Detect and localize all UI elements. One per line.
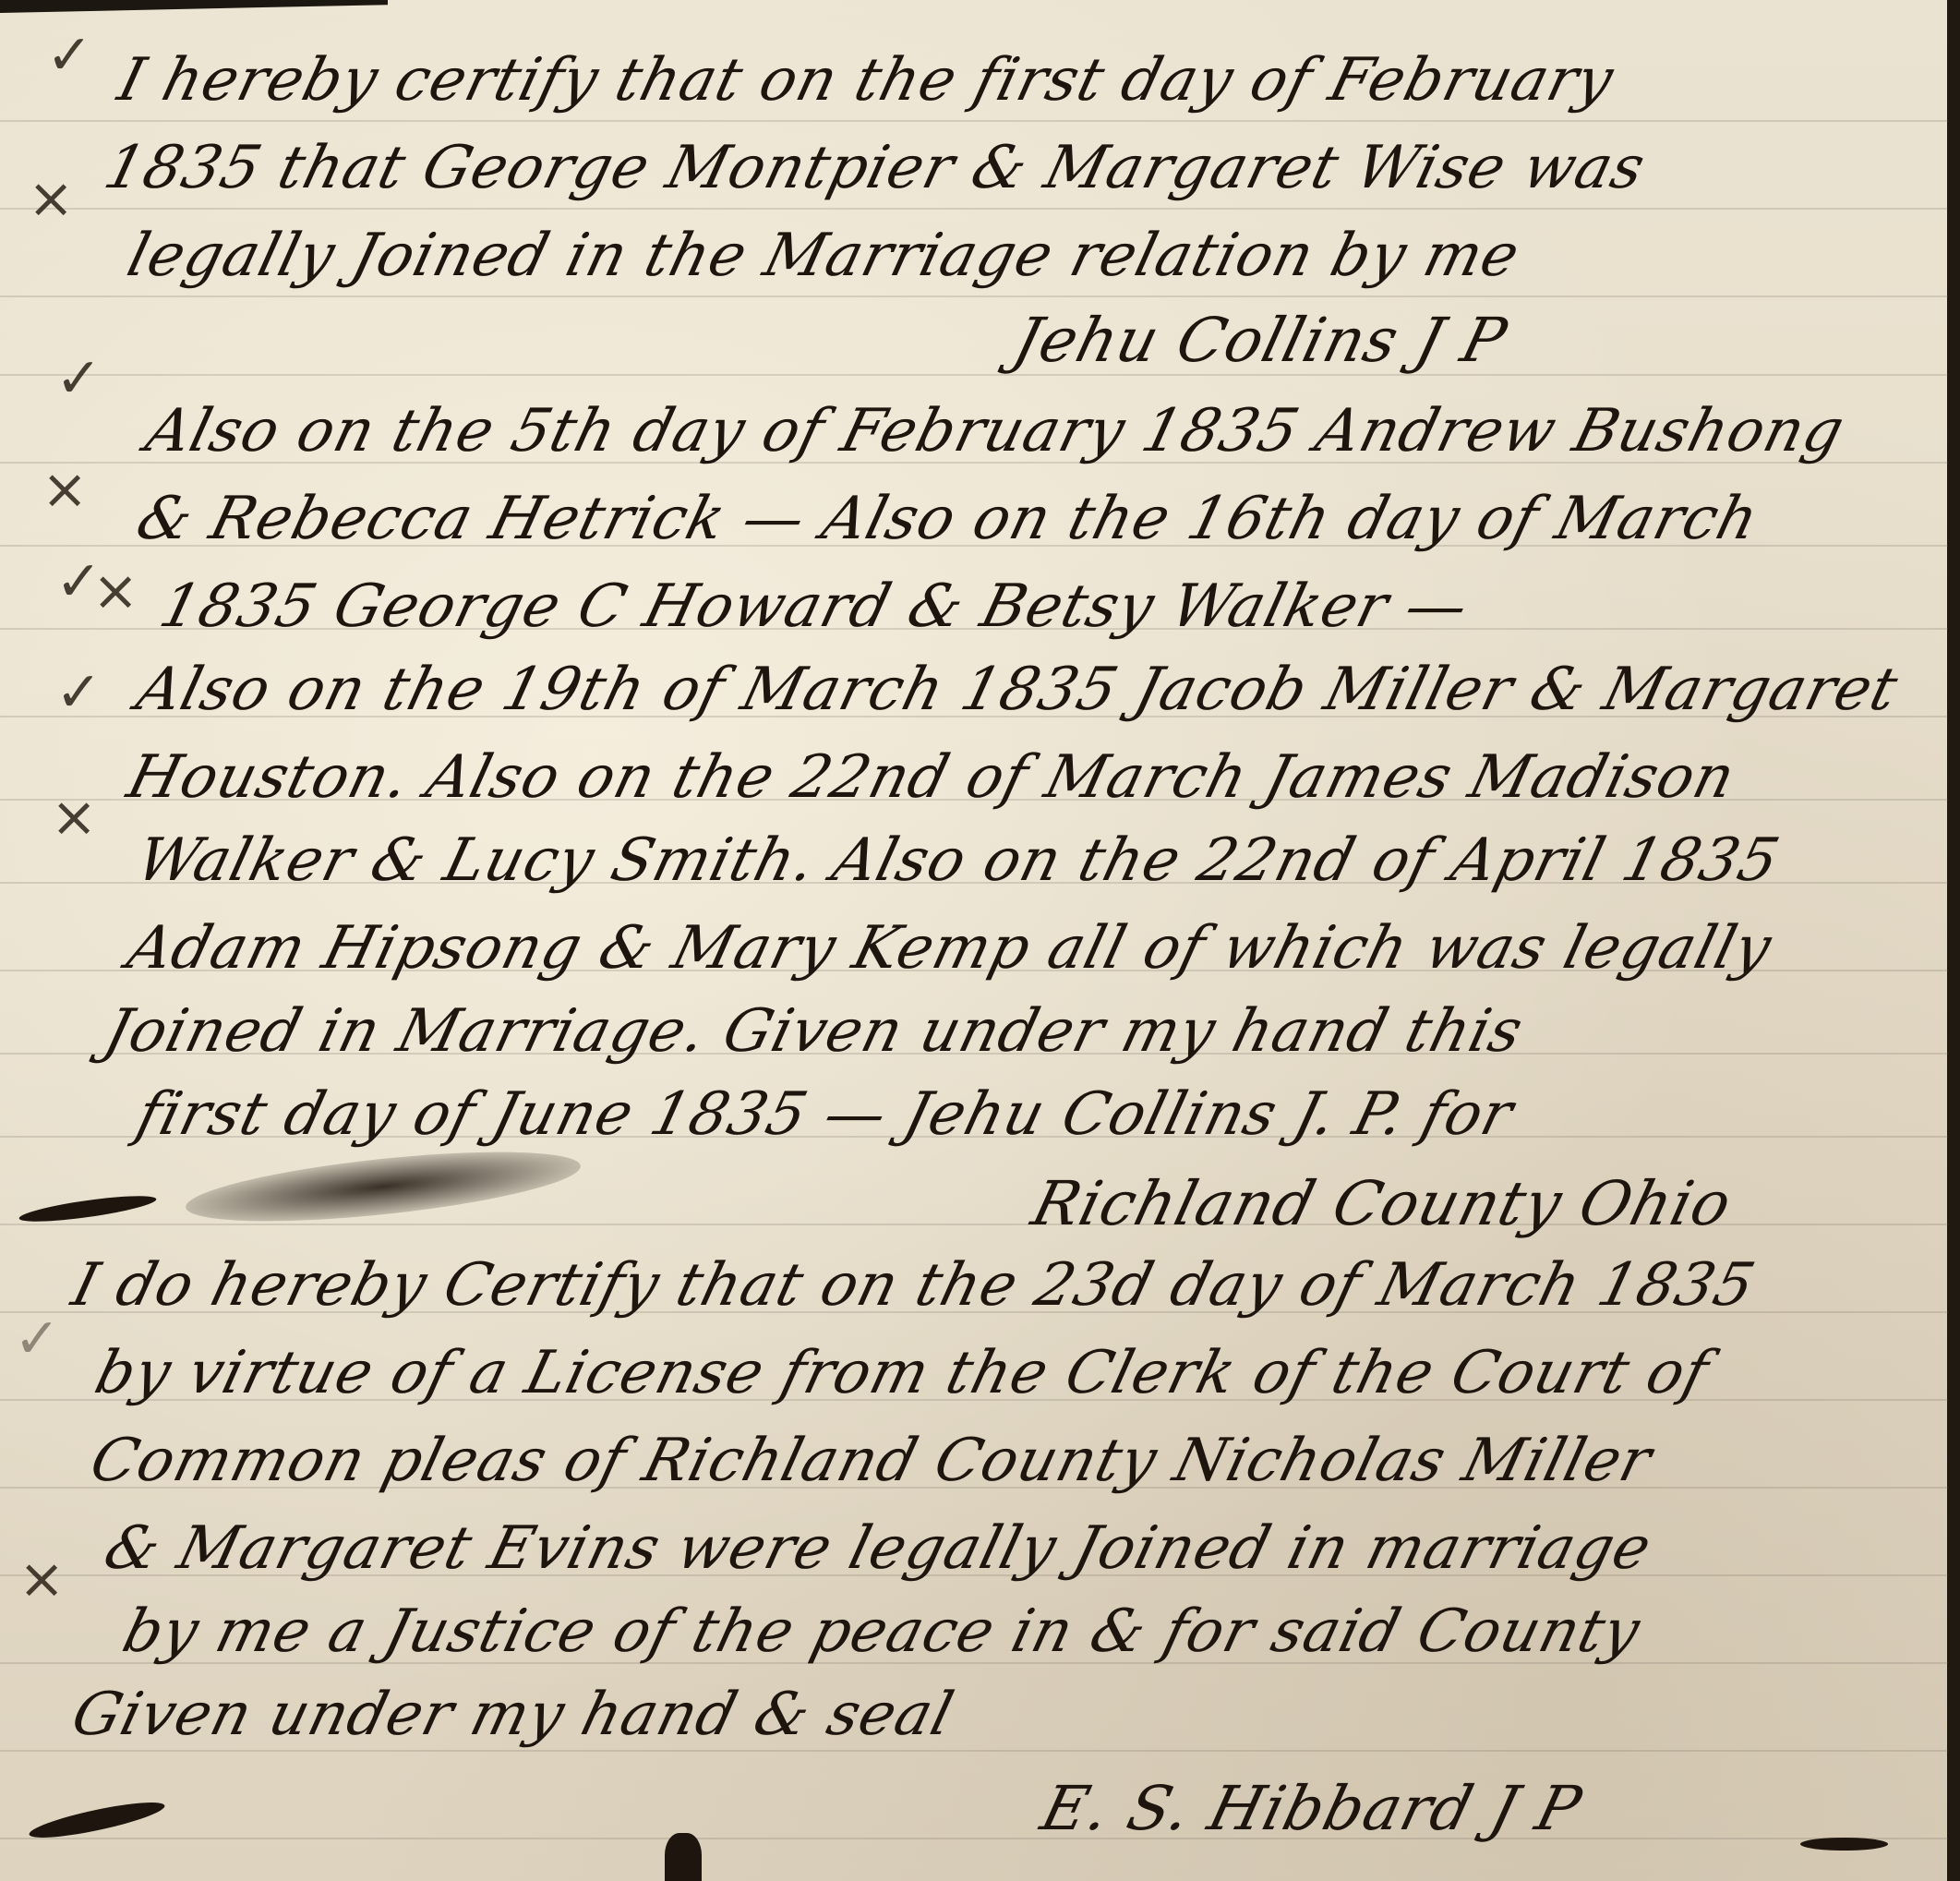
check-mark-icon: ✓ bbox=[55, 351, 102, 406]
entry-2-line-7: Adam Hipsong & Mary Kemp all of which wa… bbox=[121, 914, 1779, 983]
check-mark-icon: ✓ bbox=[14, 1311, 60, 1367]
page-right-edge bbox=[1947, 0, 1960, 1881]
entry-1-line-3: legally Joined in the Marriage relation … bbox=[121, 222, 1527, 290]
entry-2-line-3: 1835 George C Howard & Betsy Walker — bbox=[153, 573, 1475, 641]
entry-3-line-3: Common pleas of Richland County Nicholas… bbox=[84, 1427, 1659, 1495]
entry-2-line-4: Also on the 19th of March 1835 Jacob Mil… bbox=[130, 656, 1905, 724]
entry-3-line-4: & Margaret Evins were legally Joined in … bbox=[98, 1514, 1658, 1583]
ruled-line bbox=[0, 374, 1948, 376]
check-mark-icon: ✓ bbox=[55, 665, 102, 720]
ruled-line bbox=[0, 1838, 1948, 1839]
ink-blot bbox=[18, 1191, 157, 1227]
entry-3-line-5: by me a Justice of the peace in & for sa… bbox=[116, 1598, 1647, 1666]
cross-mark-icon: × bbox=[42, 462, 88, 517]
cross-mark-icon: × bbox=[18, 1551, 65, 1607]
ruled-line bbox=[0, 120, 1948, 122]
cross-mark-icon: × bbox=[28, 171, 74, 226]
ink-blot bbox=[665, 1833, 702, 1881]
entry-2-line-5: Houston. Also on the 22nd of March James… bbox=[121, 743, 1742, 812]
cross-mark-icon: × bbox=[92, 563, 138, 619]
entry-2-line-1: Also on the 5th day of February 1835 And… bbox=[139, 397, 1851, 465]
page-top-edge bbox=[0, 0, 388, 13]
entry-2-county: Richland County Ohio bbox=[1025, 1168, 1738, 1239]
entry-1-signature: Jehu Collins J P bbox=[1006, 305, 1513, 376]
ink-blot bbox=[1800, 1838, 1888, 1851]
entry-3-line-1: I do hereby Certify that on the 23d day … bbox=[66, 1251, 1762, 1320]
document-page: I hereby certify that on the first day o… bbox=[0, 0, 1960, 1881]
entry-2-line-9: first day of June 1835 — Jehu Collins J.… bbox=[130, 1080, 1521, 1149]
entry-3-signature: E. S. Hibbard J P bbox=[1034, 1773, 1588, 1844]
entry-3-line-2: by virtue of a License from the Clerk of… bbox=[89, 1339, 1716, 1407]
entry-3-line-6: Given under my hand & seal bbox=[66, 1681, 961, 1749]
cross-mark-icon: × bbox=[51, 790, 97, 845]
check-mark-icon: ✓ bbox=[46, 28, 92, 83]
ruled-line bbox=[0, 295, 1948, 297]
struck-out-smudge bbox=[183, 1139, 583, 1236]
entry-2-line-2: & Rebecca Hetrick — Also on the 16th day… bbox=[130, 485, 1766, 553]
ruled-line bbox=[0, 208, 1948, 210]
entry-2-line-6: Walker & Lucy Smith. Also on the 22nd of… bbox=[130, 826, 1786, 895]
entry-2-line-8: Joined in Marriage. Given under my hand … bbox=[98, 997, 1530, 1066]
entry-1-line-2: 1835 that George Montpier & Margaret Wis… bbox=[98, 134, 1653, 202]
ruled-line bbox=[0, 1750, 1948, 1752]
entry-1-line-1: I hereby certify that on the first day o… bbox=[112, 46, 1621, 115]
